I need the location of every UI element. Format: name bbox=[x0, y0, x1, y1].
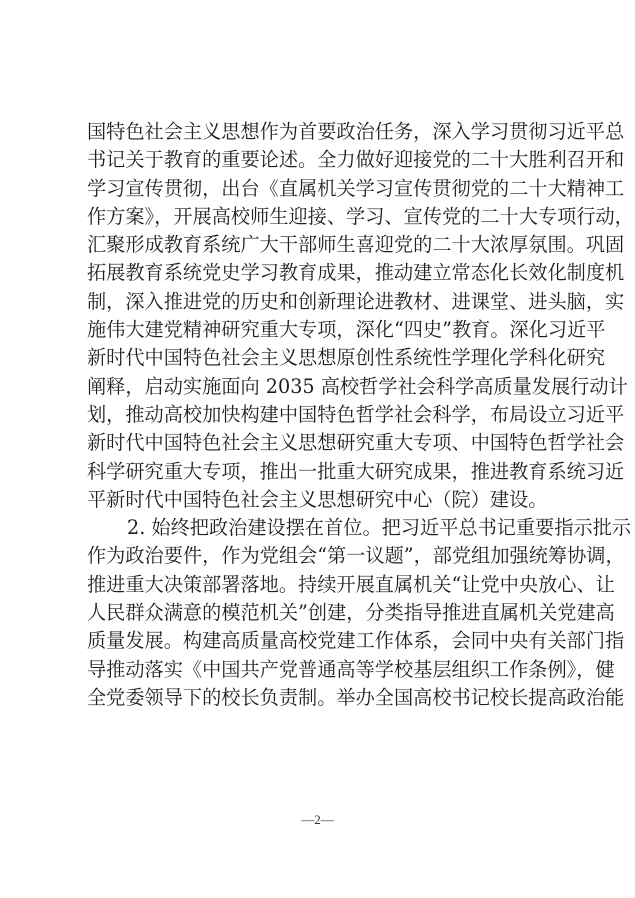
section-heading-line: 2. 始终把政治建设摆在首位。把习近平总书记重要指示批示 bbox=[87, 514, 557, 542]
text-line: 书记关于教育的重要论述。全力做好迎接党的二十大胜利召开和 bbox=[87, 146, 557, 174]
page-number: —2— bbox=[0, 812, 635, 828]
text-line: 施伟大建党精神研究重大专项，深化“四史”教育。深化习近平 bbox=[87, 316, 557, 344]
text-line: 导推动落实《中国共产党普通高等学校基层组织工作条例》，健 bbox=[87, 656, 557, 684]
text-line: 作为政治要件，作为党组会“第一议题”，部党组加强统筹协调， bbox=[87, 542, 557, 570]
text-line: 新时代中国特色社会主义思想原创性系统性学理化学科化研究 bbox=[87, 344, 557, 372]
body-text: 国特色社会主义思想作为首要政治任务，深入学习贯彻习近平总 书记关于教育的重要论述… bbox=[87, 118, 557, 712]
text-line: 国特色社会主义思想作为首要政治任务，深入学习贯彻习近平总 bbox=[87, 118, 557, 146]
document-page: 国特色社会主义思想作为首要政治任务，深入学习贯彻习近平总 书记关于教育的重要论述… bbox=[0, 0, 635, 898]
text-line: 拓展教育系统党史学习教育成果，推动建立常态化长效化制度机 bbox=[87, 259, 557, 287]
text-line: 科学研究重大专项，推出一批重大研究成果，推进教育系统习近 bbox=[87, 458, 557, 486]
text-line: 新时代中国特色社会主义思想研究重大专项、中国特色哲学社会 bbox=[87, 429, 557, 457]
text-line: 推进重大决策部署落地。持续开展直属机关“让党中央放心、让 bbox=[87, 571, 557, 599]
text-line: 划，推动高校加快构建中国特色哲学社会科学，布局设立习近平 bbox=[87, 401, 557, 429]
text-line: 作方案》，开展高校师生迎接、学习、宣传党的二十大专项行动， bbox=[87, 203, 557, 231]
text-line: 学习宣传贯彻，出台《直属机关学习宣传贯彻党的二十大精神工 bbox=[87, 175, 557, 203]
text-line: 人民群众满意的模范机关”创建，分类指导推进直属机关党建高 bbox=[87, 599, 557, 627]
paragraph-end-line: 平新时代中国特色社会主义思想研究中心（院）建设。 bbox=[87, 486, 557, 514]
text-line: 制，深入推进党的历史和创新理论进教材、进课堂、进头脑，实 bbox=[87, 288, 557, 316]
text-line: 全党委领导下的校长负责制。举办全国高校书记校长提高政治能 bbox=[87, 684, 557, 712]
text-line: 阐释，启动实施面向 2035 高校哲学社会科学高质量发展行动计 bbox=[87, 373, 557, 401]
text-line: 质量发展。构建高质量高校党建工作体系，会同中央有关部门指 bbox=[87, 627, 557, 655]
text-line: 汇聚形成教育系统广大干部师生喜迎党的二十大浓厚氛围。巩固 bbox=[87, 231, 557, 259]
